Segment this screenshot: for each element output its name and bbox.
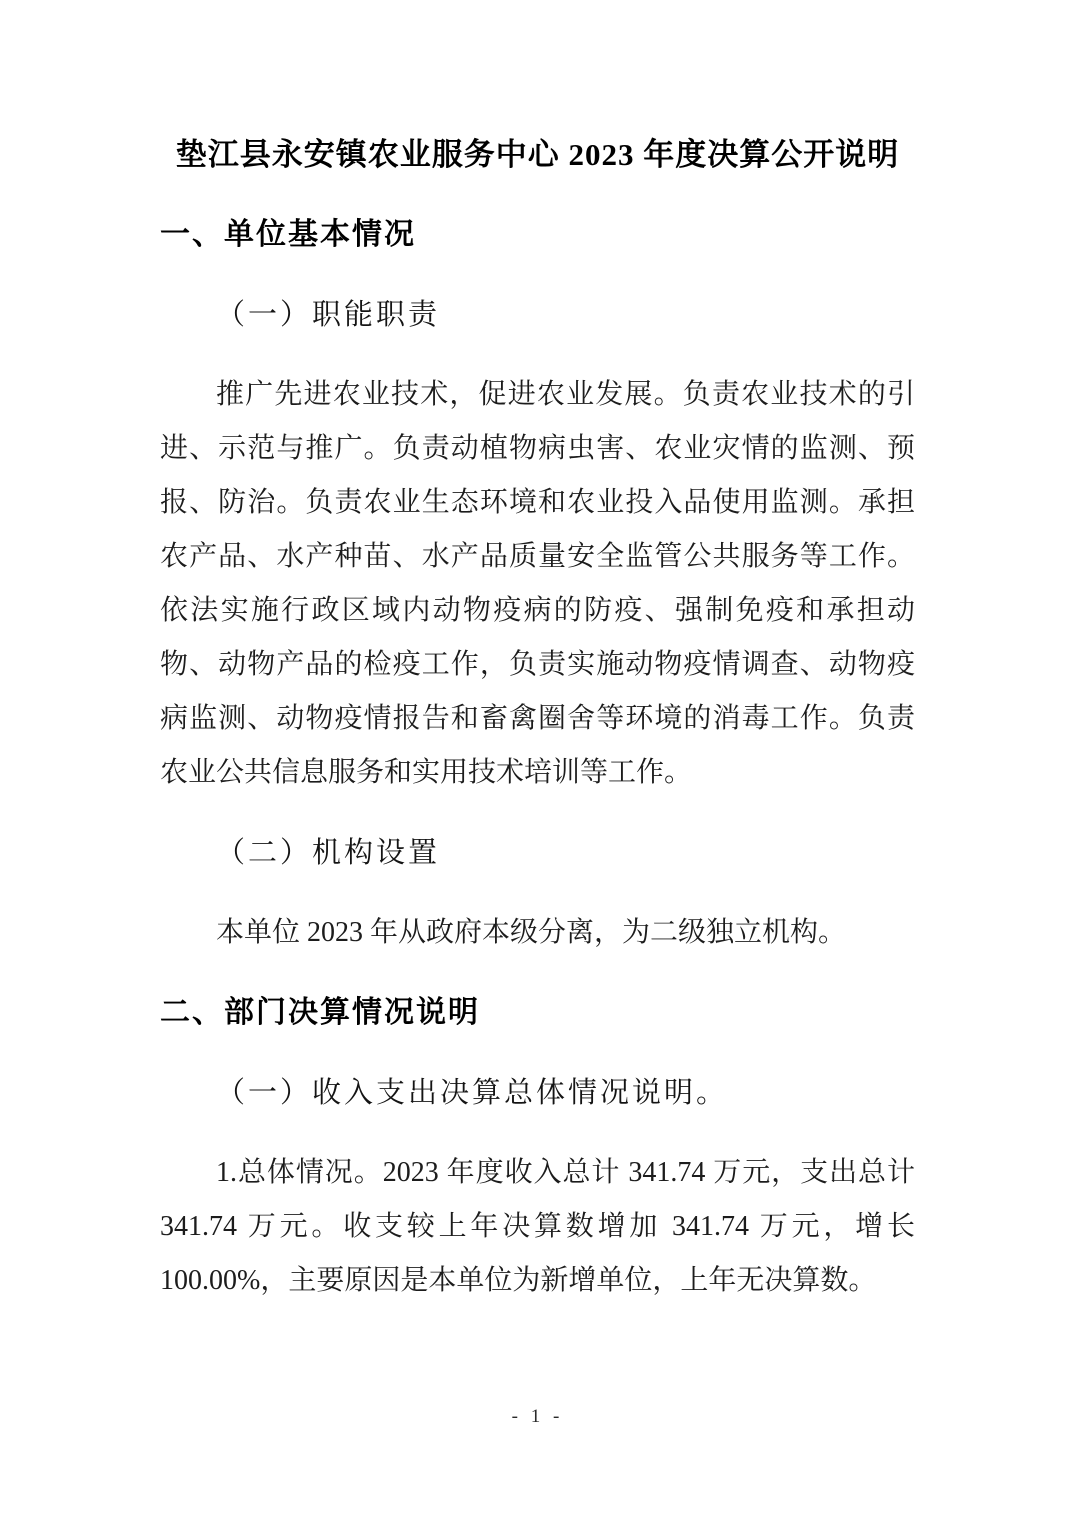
document-content: 垫江县永安镇农业服务中心 2023 年度决算公开说明 一、单位基本情况 （一）职… xyxy=(0,0,1075,1308)
subsection-heading-functions-duties: （一）职能职责 xyxy=(160,288,915,342)
paragraph-line: 进、示范与推广。负责动植物病虫害、农业灾情的监测、预 xyxy=(160,422,915,476)
paragraph-line: 农业公共信息服务和实用技术培训等工作。 xyxy=(160,746,915,800)
paragraph-overall-situation: 1.总体情况。2023 年度收入总计 341.74 万元，支出总计 341.74… xyxy=(160,1146,915,1308)
section-heading-final-accounts-explanation: 二、部门决算情况说明 xyxy=(160,986,915,1040)
paragraph-line: 物、动物产品的检疫工作，负责实施动物疫情调查、动物疫 xyxy=(160,638,915,692)
paragraph-line: 依法实施行政区域内动物疫病的防疫、强制免疫和承担动 xyxy=(160,584,915,638)
paragraph-line: 341.74 万元。收支较上年决算数增加 341.74 万元，增长 xyxy=(160,1200,915,1254)
paragraph-line: 农产品、水产种苗、水产品质量安全监管公共服务等工作。 xyxy=(160,530,915,584)
paragraph-organization-setup: 本单位 2023 年从政府本级分离，为二级独立机构。 xyxy=(160,906,915,960)
paragraph-line: 100.00%，主要原因是本单位为新增单位，上年无决算数。 xyxy=(160,1254,915,1308)
paragraph-line: 本单位 2023 年从政府本级分离，为二级独立机构。 xyxy=(160,906,915,960)
paragraph-line: 1.总体情况。2023 年度收入总计 341.74 万元，支出总计 xyxy=(160,1146,915,1200)
paragraph-line: 病监测、动物疫情报告和畜禽圈舍等环境的消毒工作。负责 xyxy=(160,692,915,746)
paragraph-functions-duties: 推广先进农业技术，促进农业发展。负责农业技术的引 进、示范与推广。负责动植物病虫… xyxy=(160,368,915,800)
paragraph-line: 推广先进农业技术，促进农业发展。负责农业技术的引 xyxy=(160,368,915,422)
page-number: - 1 - xyxy=(0,1406,1075,1428)
subsection-heading-organization-setup: （二）机构设置 xyxy=(160,826,915,880)
document-page: 垫江县永安镇农业服务中心 2023 年度决算公开说明 一、单位基本情况 （一）职… xyxy=(0,0,1075,1520)
subsection-heading-income-expenditure-overview: （一）收入支出决算总体情况说明。 xyxy=(160,1066,915,1120)
section-heading-unit-basic-info: 一、单位基本情况 xyxy=(160,208,915,262)
paragraph-line: 报、防治。负责农业生态环境和农业投入品使用监测。承担 xyxy=(160,476,915,530)
document-title: 垫江县永安镇农业服务中心 2023 年度决算公开说明 xyxy=(160,128,915,182)
